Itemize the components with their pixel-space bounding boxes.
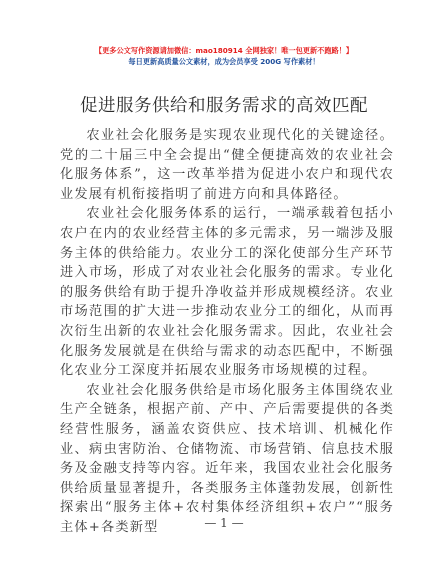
paragraph-1: 农业社会化服务是实现农业现代化的关键途径。党的二十届三中全会提出“健全便捷高效的…: [60, 126, 394, 204]
page-number: — 1 —: [0, 516, 448, 530]
document-body: 农业社会化服务是实现农业现代化的关键途径。党的二十届三中全会提出“健全便捷高效的…: [60, 126, 394, 537]
paragraph-3: 农业社会化服务供给是市场化服务主体围绕农业生产全链条，根据产前、产中、产后需要提…: [60, 381, 394, 538]
paragraph-2: 农业社会化服务体系的运行，一端承载着包括小农户在内的农业经营主体的多元需求，另一…: [60, 204, 394, 380]
promo-banner-line-1: 【更多公文写作资源请加微信：mao180914 全网独家！唯一包更新不跑路！】: [0, 46, 448, 56]
document-page: 【更多公文写作资源请加微信：mao180914 全网独家！唯一包更新不跑路！】 …: [0, 0, 448, 580]
document-title: 促进服务供给和服务需求的高效匹配: [0, 92, 448, 117]
promo-banner-line-2: 每日更新高质量公文素材，成为会员享受 200G 写作素材！: [0, 57, 448, 67]
